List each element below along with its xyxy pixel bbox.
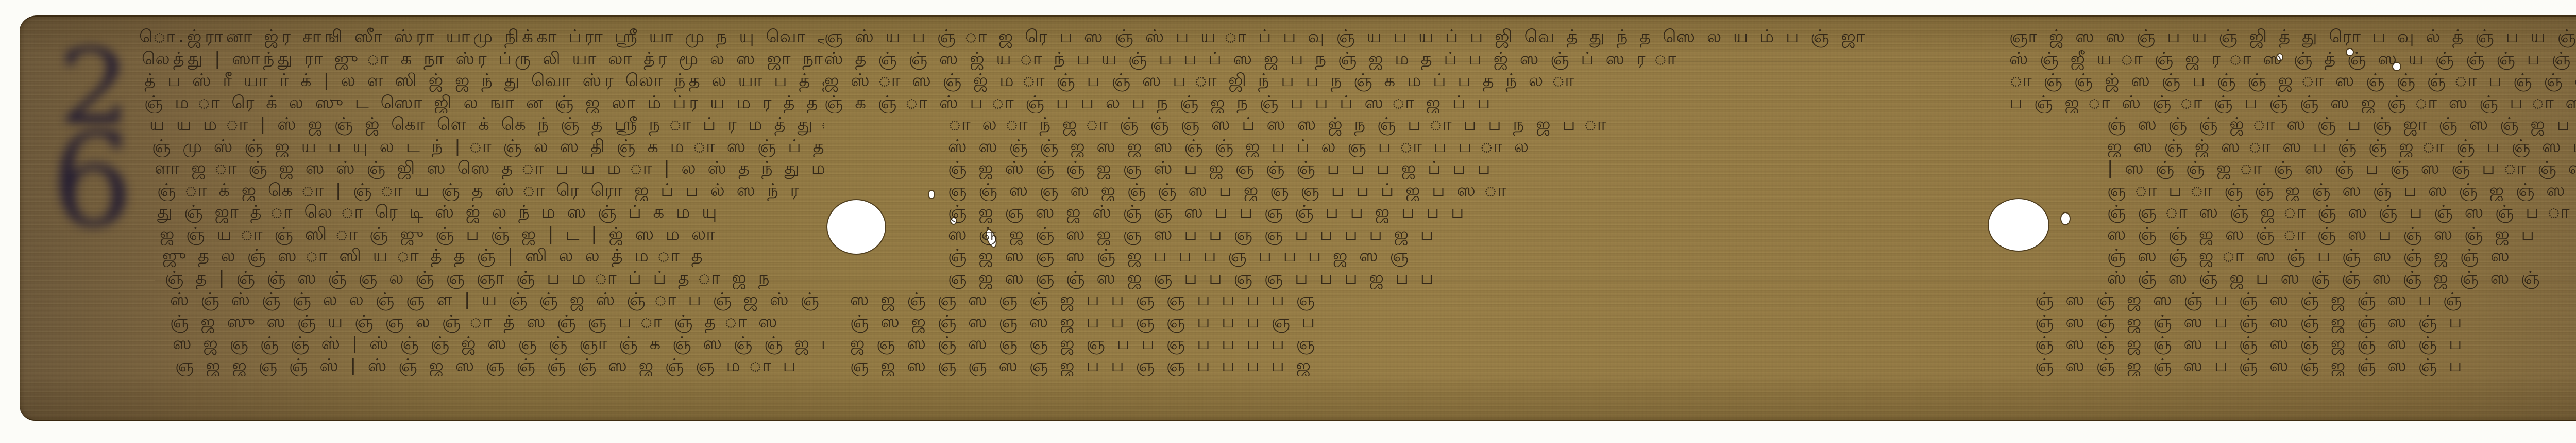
text-line: ஞ ஜ ஸ ஞ ஞ ஸ ஞ ஜ ப ப ஞ ஞ ப ப ப ப ஜ	[850, 355, 2035, 377]
text-line: ய ய ம ா | ஸ் ஜ ஞ் ஜ் கொ ளெ க் கெ ந் ஞ் த…	[93, 113, 824, 136]
text-line: ஞ் ஸ ஞ் ஜ ஸ ஞ் ப ஞ் ஸ ஞ் ஜ ஞ் ஸ ப ஞ்	[2035, 289, 2576, 311]
text-line: ஞ ஸ் ய ப ஞ் ா ஜ ரெ ப ஸ ஞ் ஸ் ப ய ா ப் ப …	[824, 26, 2009, 48]
text-line: ஞ் ஸ ஜ ஞ் ஸ ஞ ஸ ஜ ப ப ஞ ஞ ப ப ப ஞ ப	[850, 311, 2035, 333]
right-small-hole	[2061, 213, 2070, 224]
text-line: ஜ ஸ் ா ஸ ஞ் ஜ் ம ா ஞ் ப ஞ் ஸ ப ா ஜி ந் ப…	[824, 70, 2009, 92]
text-line: ஞ் ஜ ஸு ஸ ஞ் ய ஞ் ஞ ல ஞ் ா த் ஸ ஞ் ஞ ப ா…	[93, 311, 824, 333]
text-line: ொ.ஜ்ரானா ஜ்ர சாஙி ஸீா ஸ்ரா யாமு நிக்கா ப…	[93, 26, 824, 48]
text-line: ஜ ஞ் ய ா ஞ் ஸி ா ஞ் ஜு ஞ் ப ஞ் ஜ | ட | ஜ…	[93, 223, 824, 245]
text-block-left-upper-span: ஞ ஸ் ய ப ஞ் ா ஜ ரெ ப ஸ ஞ் ஸ் ப ய ா ப் ப …	[824, 26, 2009, 113]
text-line: ஞ் மு ஸ் ஞ் ஜ ய ப யு ல ட ந் | ா ஞ் ல ஸ த…	[93, 136, 824, 158]
text-line: ஞ் ஸ ஞ் ஜ ஞ் ஸ ப ஞ் ஸ ஞ் ஜ ஞ் ஸ ஞ் ப	[2035, 355, 2576, 377]
text-line: லெத்து | ஸாந்து ரா ஜு ா க நா ஸ்ர ப்ரு லி…	[93, 48, 824, 70]
text-line: ஜ ஸ ஞ் ஜ் ஸ ா ஸ ப ஞ் ஞ் ஜ ா ஞ் ப ஞ் ஸ ப	[2107, 136, 2576, 158]
text-block-right-upper: ஞா ஜ் ஸ ஸ ஞ் ப ய ஞ் ஜி த் து ரொ ப வு ல் …	[2009, 26, 2576, 113]
text-line: | ஸ ஞ் ஞ் ஜ ா ஞ் ஸ ஞ் ப ஞ் ஸ ஞ் ப ா ஞ் ஸ	[2107, 157, 2576, 179]
text-line: ஸ் த ஞ் ஞ் ஸ ஜ் ய ா ந் ப ய ஞ் ப ப ப் ஸ ஜ…	[824, 48, 2009, 70]
text-line: ஞ் ஸ ஞ் ஜ ா ஸ ஞ் ப ஞ் ஸ ஞ் ஜ ஞ் ஸ	[2107, 245, 2576, 267]
text-block-right-middle: ஞ் ஸ ஞ் ஞ் ஜ் ா ஸ ஞ் ப ஞ் ஜா ஞ் ஸ ஞ் ஜ ப…	[2107, 113, 2576, 289]
text-line: ா ல ா ந் ஜ ா ஞ் ஞ் ஞ ஸ ப் ஸ ஸ ஜ் ந ஞ் ப …	[948, 113, 1922, 136]
text-line: ஞ ா ப ா ஞ் ஞ் ஜ ஞ் ஸ ஞ் ப ஸ ஞ் ஜ ஞ் ஸ ஞ்	[2107, 179, 2576, 202]
text-line: ஜ ஞ ஸ ஞ் ஸ ஞ ஞ ஜ ஞ ப ப ஞ ப ப ப ப ஞ	[850, 333, 2035, 355]
text-line: ஞ் ஜ ஞ ஸ ஜ ஸ் ஞ் ஞ ஸ ப ப ஞ ஞ் ப ப ஜ ப ப …	[948, 201, 1922, 223]
text-line: ஞ் ஸ ஞ் ஜ ஞ் ஸ ப ஞ் ஸ ஞ் ஜ ஞ் ஸ ஞ் ப	[2035, 311, 2576, 333]
text-line: ப ஞ் ஜ ா ஸ் ஞ் ா ஞ் ப ஞ் ஞ் ஸ ஜ ஞ் ா ஸ ஞ…	[2009, 92, 2576, 114]
text-line: ஸ ஞ் ஞ் ஜ ஸ ஞ் ா ஞ் ஸ ப ஞ் ஸ ஞ் ஜ ப	[2107, 223, 2576, 245]
text-line: ஸ் ஞ் ஸ ஞ் ஜ ப ஸ ஞ் ஞ் ஸ ஞ் ஜ ஞ் ஸ ஞ்	[2107, 267, 2576, 289]
text-line: ஞா ஜ் ஸ ஸ ஞ் ப ய ஞ் ஜி த் து ரொ ப வு ல் …	[2009, 26, 2576, 48]
text-line: ஸ் ஞ் ஸ் ஞ் ஞ் ல ல ஞ் ஞ ள | ய ஞ் ஞ் ஜ ஸ்…	[93, 289, 824, 311]
text-block-middle-lower-span: ஸ ஜ ஞ் ஞ ஸ ஞ ஞ் ஜ ப ப ஞ ஞ ப ப ப ப ஞ ஞ் ஸ…	[850, 289, 2035, 400]
text-line: த் ப ஸ் ரீ யா ர் க் | ல ள ஸி ஜ் ஜ ந் து …	[93, 70, 824, 92]
text-line: ஞ் ஸ ஞ் ஞ் ஜ் ா ஸ ஞ் ப ஞ் ஜா ஞ் ஸ ஞ் ஜ ப…	[2107, 113, 2576, 136]
left-small-hole-1	[929, 191, 934, 198]
text-line: ஞ் ஜ ஸ் ஞ் ஞ் ஜ ஞ ஸ் ப ஜ ஞ ஞ் ஞ் ப ப ப ஜ…	[948, 157, 1922, 179]
text-line: ஞ ஜ ஜ ஞ ஞ் ஸ் | ஸ் ஞ் ஜ ஸ ஞ ஞ் ஞ் ஞ் ஸ ஜ…	[93, 355, 824, 377]
text-line: ஸ் ஞ் ஜீ ய ா ஞ் ஜ ர ா ஸ ஞ் த் ஞ் ஸ ய ஞ் …	[2009, 48, 2576, 70]
text-line: ஞ் த | ஞ் ஞ் ஸ ஞ் ஞ ல ஞ் ஞ ஞா ஞ் ப ம ா ப…	[93, 267, 824, 289]
text-block-middle: ா ல ா ந் ஜ ா ஞ் ஞ் ஞ ஸ ப் ஸ ஸ ஜ் ந ஞ் ப …	[948, 113, 1922, 289]
text-line: ா ஞ் ஞ் ஜ் ஸ ஞ் ப ஞ் ஞ் ஜ ா ஸ ஞ் ஞ் ஞ் ா…	[2009, 70, 2576, 92]
text-line: ஞ ஜ ஸ ஞ ஞ் ஸ ஜ ஞ ப ப ஞ ஞ ப ப ப ஜ ப ப	[948, 267, 1922, 289]
text-line: ஸ் ஸ ஞ் ஞ் ஜ ஸ ஜ ஸ ஞ் ஞ் ஜ ப ப் ல ஞ ப ா …	[948, 136, 1922, 158]
text-line: ஞ் ம ா ரெ க் ல ஸு ட ஸொ ஜி ல ஙா ன ஞ் ஜ லா…	[93, 92, 824, 114]
text-line: ஞ் ஞ ா ஸ ஞ் ஜ ா ஞ் ஸ ஞ் ப ஞ் ஸ ஞ் ப ா	[2107, 201, 2576, 223]
text-line: ஸ ஞ் ஜ ஞ் ஸ ஜ ஞ ஸ ப ப ஞ ஞ ப ப ப ப ஜ ப	[948, 223, 1922, 245]
text-line: ளா ஜ ா ஞ் ஜ ஸ ஸ் ஞ் ஜி ஸ ஸெ த ா ப ய ம ா …	[93, 157, 824, 179]
text-line: து ஞ் ஜா த் ா லெ ா ரெ டி ஸ் ஜ் ல ந் ம ஸ …	[93, 201, 824, 223]
text-line: ஜு த ல ஞ் ஸ ா ஸி ய ா த் த ஞ் | ஸி ல ல த்…	[93, 245, 824, 267]
text-line: ஞ ஞ் ஸ ஞ ஸ ஜ ஞ் ஞ் ஸ ப ஜ ஞ ஞ ப ப ப் ஜ ப …	[948, 179, 1922, 202]
text-block-right-lower: ஞ் ஸ ஞ் ஜ ஸ ஞ் ப ஞ் ஸ ஞ் ஜ ஞ் ஸ ப ஞ் ஞ் …	[2035, 289, 2576, 400]
text-line: ஸ ஜ ஞ் ஞ ஸ ஞ ஞ் ஜ ப ப ஞ ஞ ப ப ப ப ஞ	[850, 289, 2035, 311]
text-line: ஞ் ஜ ஸ ஞ ஸ ஞ் ஜ ப ப ப ஞ ப ப ப ஜ ஸ ஞ	[948, 245, 1922, 267]
text-block-left: ொ.ஜ்ரானா ஜ்ர சாஙி ஸீா ஸ்ரா யாமு நிக்கா ப…	[93, 26, 824, 397]
text-line: ஞ் க ஞ் ா ஸ் ப ா ஞ் ப ப ல ப ந ஞ் ஜ ந ஞ் …	[824, 92, 2009, 114]
text-line: ஸ ஜ ஞ ஞ் ஞ் ஸ் | ஸ் ஞ் ஞ் ஜ் ஸ ஞ ஞ் ஞா ஞ…	[93, 333, 824, 355]
right-binding-hole	[1989, 199, 2048, 251]
text-line: ஞ் ஸ ஞ் ஜ ஞ் ஸ ப ஞ் ஸ ஞ் ஜ ஞ் ஸ ஞ் ப	[2035, 333, 2576, 355]
text-line: ஞ் ா க் ஜ கெ ா | ஞ் ா ய ஞ் த ஸ் ா ரெ ரொ …	[93, 179, 824, 202]
left-binding-hole	[827, 200, 885, 254]
